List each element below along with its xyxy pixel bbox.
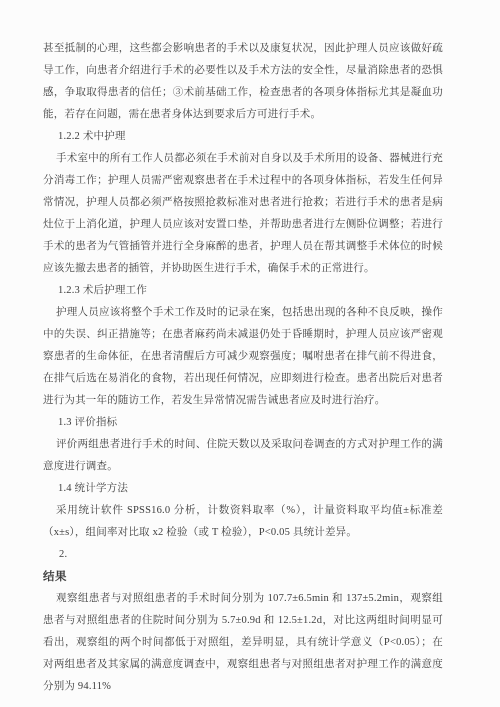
document-text-block: 甚至抵制的心理，这些都会影响患者的手术以及康复状况，因此护理人员应该做好疏导工作… — [43, 38, 443, 698]
section-heading-1-4: 1.4 统计学方法 — [43, 478, 443, 500]
body-paragraph-results: 观察组患者与对照组患者的手术时间分别为 107.7±6.5min 和 137±5… — [43, 588, 443, 698]
document-page: 甚至抵制的心理，这些都会影响患者的手术以及康复状况，因此护理人员应该做好疏导工作… — [0, 0, 500, 707]
body-paragraph-statistical-method: 采用统计软件 SPSS16.0 分析，计数资料取率（%），计量资料取平均值±标准… — [43, 500, 443, 544]
section-number-2: 2. — [43, 544, 443, 566]
section-heading-1-3: 1.3 评价指标 — [43, 412, 443, 434]
section-heading-results: 结果 — [43, 566, 443, 588]
body-paragraph-intraoperative-care: 手术室中的所有工作人员都必须在手术前对自身以及手术所用的设备、器械进行充分消毒工… — [43, 148, 443, 280]
body-paragraph-postoperative-care: 护理人员应该将整个手术工作及时的记录在案，包括患出现的各种不良反映，操作中的失误… — [43, 302, 443, 412]
body-paragraph-evaluation-index: 评价两组患者进行手术的时间、住院天数以及采取问卷调查的方式对护理工作的满意度进行… — [43, 434, 443, 478]
body-paragraph-continuation: 甚至抵制的心理，这些都会影响患者的手术以及康复状况，因此护理人员应该做好疏导工作… — [43, 38, 443, 126]
section-heading-1-2-2: 1.2.2 术中护理 — [43, 126, 443, 148]
section-heading-1-2-3: 1.2.3 术后护理工作 — [43, 280, 443, 302]
